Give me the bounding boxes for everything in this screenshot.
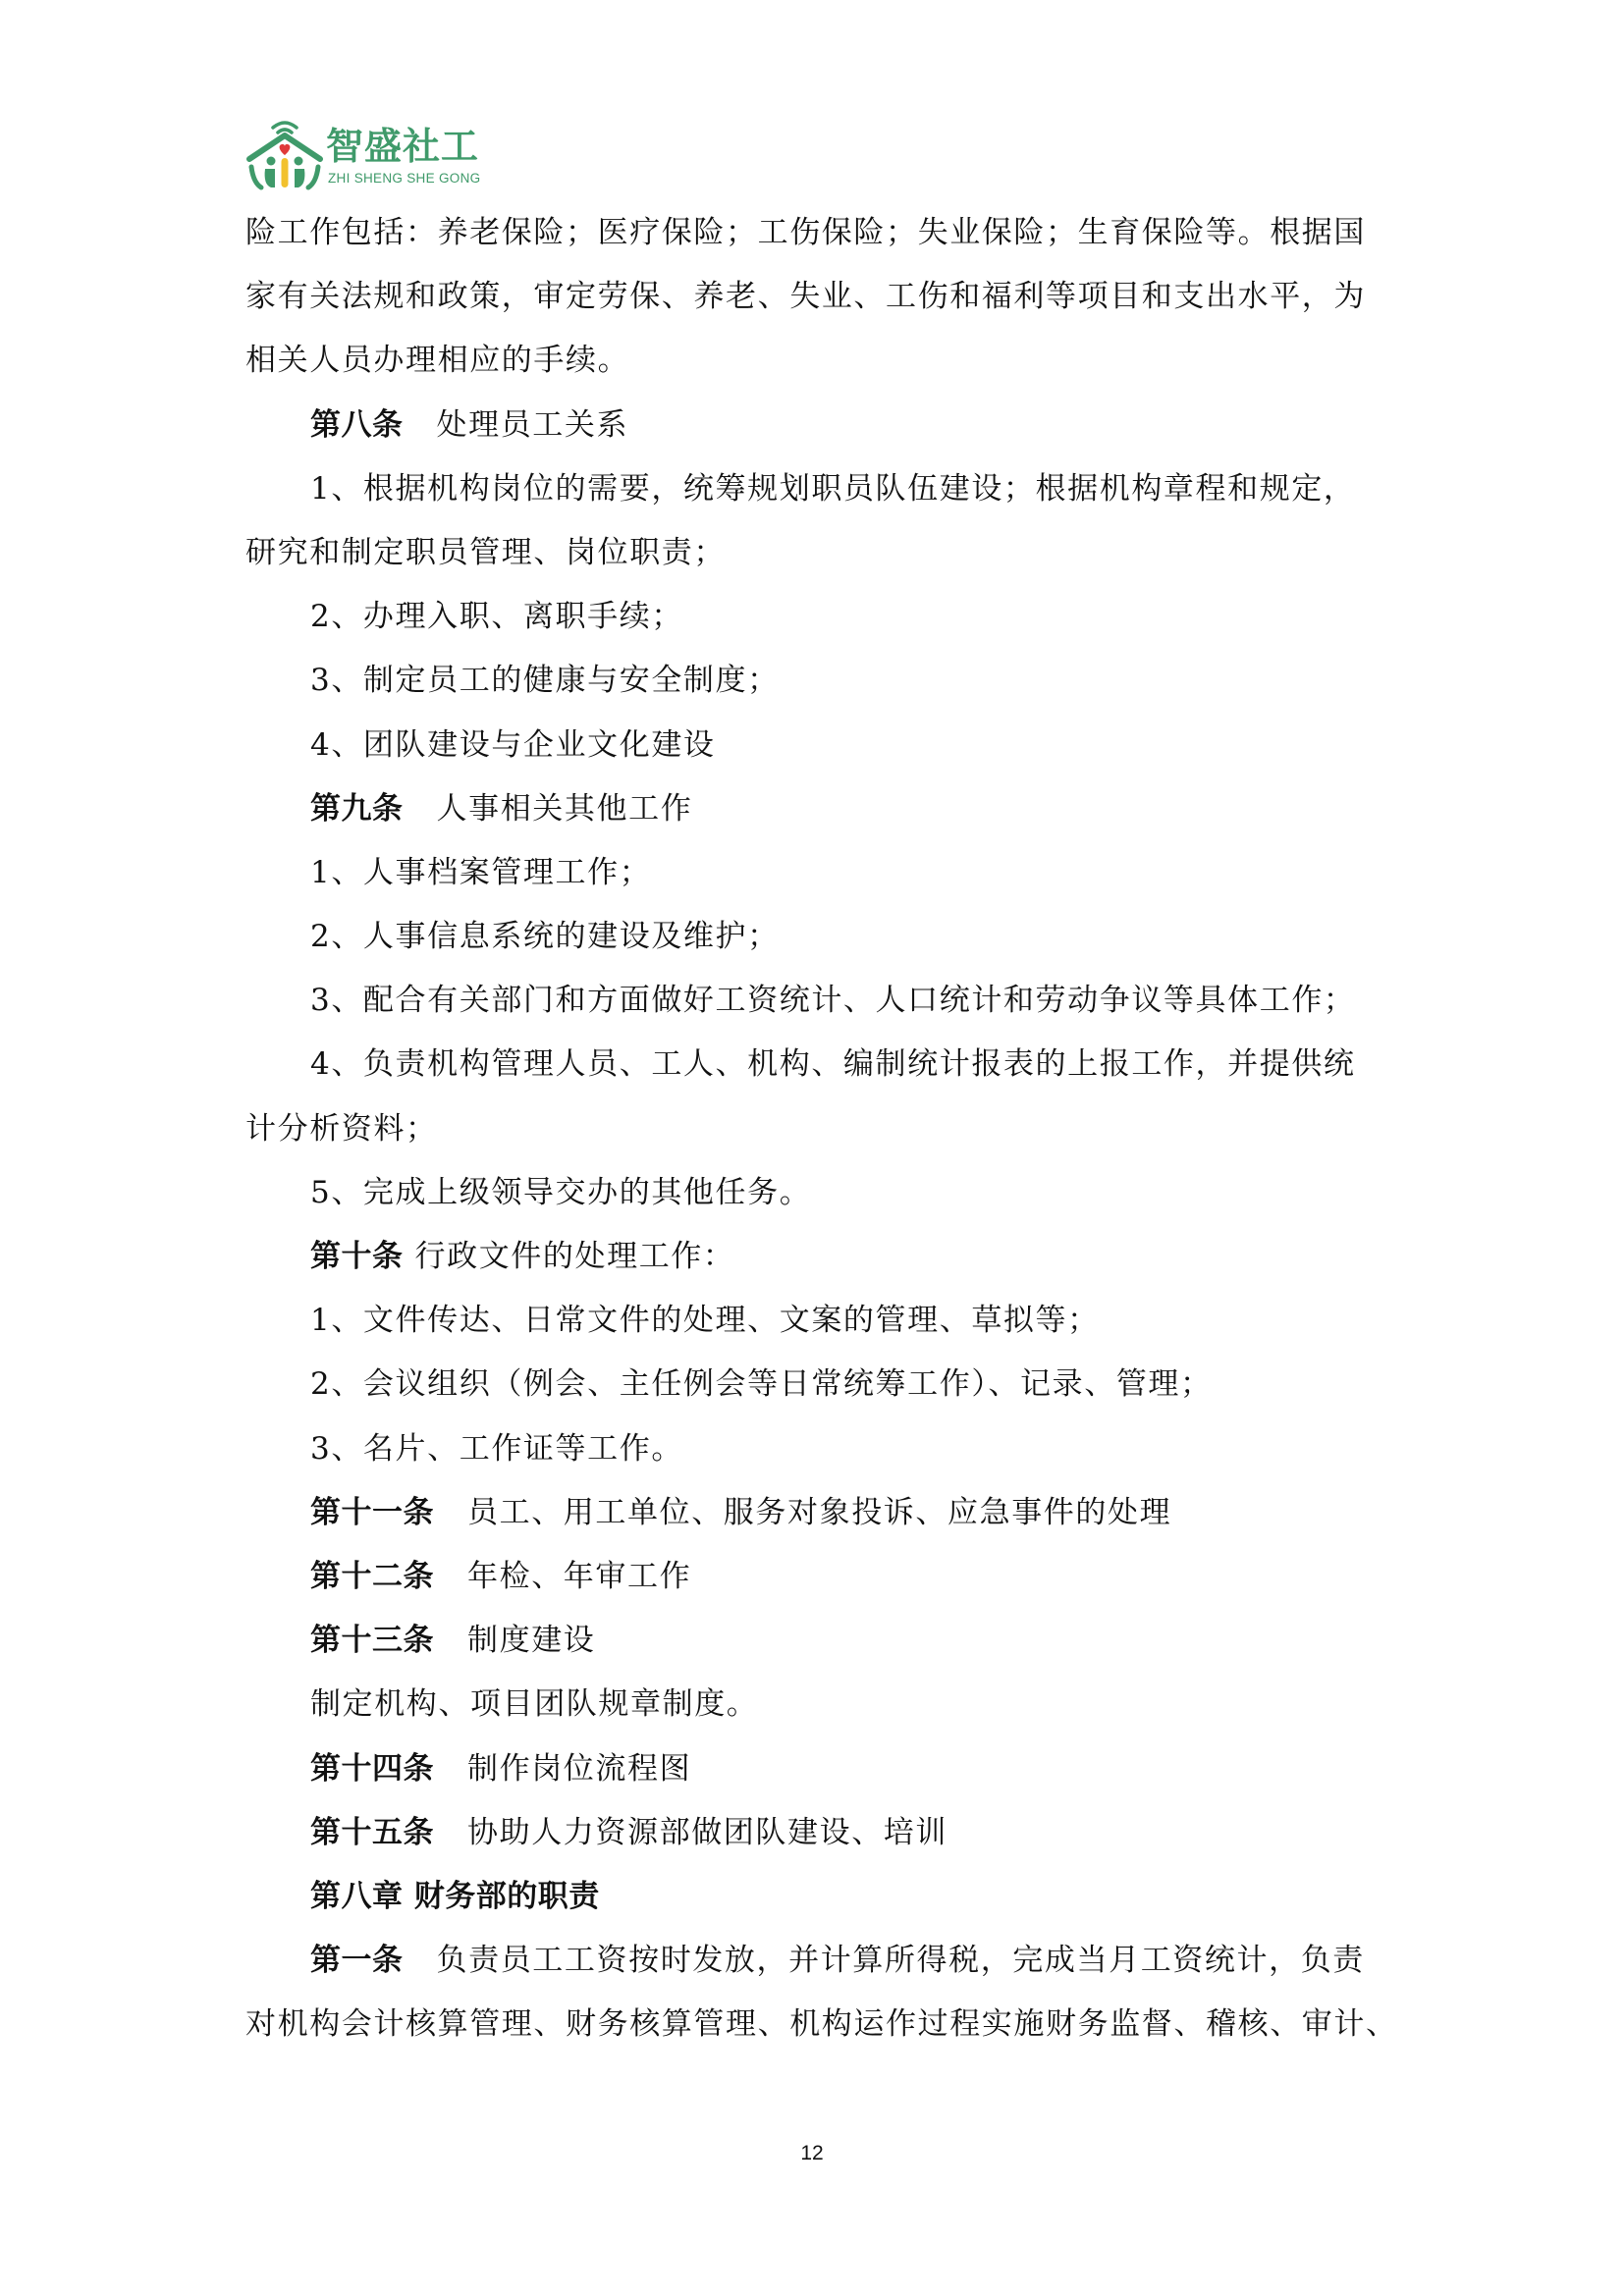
list-item: 4、负责机构管理人员、工人、机构、编制统计报表的上报工作，并提供统: [245, 1033, 1384, 1096]
page-number: 12: [0, 2142, 1624, 2165]
list-item: 2、会议组织（例会、主任例会等日常统筹工作）、记录、管理；: [245, 1353, 1384, 1416]
paragraph-line: 相关人员办理相应的手续。: [245, 329, 1384, 393]
article-label: 第一条: [310, 1943, 404, 1978]
article-title: 负责员工工资按时发放，并计算所得税，完成当月工资统计，负责: [437, 1943, 1365, 1978]
list-item: 5、完成上级领导交办的其他任务。: [245, 1161, 1384, 1225]
house-logo-icon: [245, 116, 324, 192]
list-item: 2、人事信息系统的建设及维护；: [245, 905, 1384, 969]
list-item: 1、人事档案管理工作；: [245, 841, 1384, 905]
article-label: 第十五条: [310, 1815, 434, 1850]
article-heading: 第十二条年检、年审工作: [245, 1545, 1384, 1609]
list-item: 3、配合有关部门和方面做好工资统计、人口统计和劳动争议等具体工作；: [245, 969, 1384, 1033]
article-title: 员工、用工单位、服务对象投诉、应急事件的处理: [467, 1495, 1171, 1530]
logo-english-name: ZHI SHENG SHE GONG: [328, 171, 480, 186]
article-heading: 第八条处理员工关系: [245, 394, 1384, 457]
article-heading: 第一条负责员工工资按时发放，并计算所得税，完成当月工资统计，负责: [245, 1929, 1384, 1993]
list-item: 2、办理入职、离职手续；: [245, 585, 1384, 649]
article-label: 第十四条: [310, 1751, 434, 1787]
article-title: 处理员工关系: [437, 407, 629, 443]
list-item: 制定机构、项目团队规章制度。: [245, 1673, 1384, 1736]
list-item: 4、团队建设与企业文化建设: [245, 714, 1384, 777]
article-heading: 第十三条制度建设: [245, 1609, 1384, 1673]
article-heading: 第十四条制作岗位流程图: [245, 1737, 1384, 1801]
article-title: 行政文件的处理工作：: [415, 1239, 735, 1274]
list-item: 1、根据机构岗位的需要，统筹规划职员队伍建设；根据机构章程和规定，: [245, 457, 1384, 521]
chapter-heading: 第八章 财务部的职责: [245, 1865, 1384, 1929]
document-page: 智盛社工 ZHI SHENG SHE GONG 险工作包括：养老保险；医疗保险；…: [0, 0, 1624, 2296]
paragraph-line: 计分析资料；: [245, 1097, 1384, 1161]
article-title: 人事相关其他工作: [437, 791, 693, 827]
list-item: 1、文件传达、日常文件的处理、文案的管理、草拟等；: [245, 1289, 1384, 1353]
logo-chinese-name: 智盛社工: [326, 126, 479, 167]
list-item: 3、制定员工的健康与安全制度；: [245, 649, 1384, 713]
article-heading: 第十五条协助人力资源部做团队建设、培训: [245, 1801, 1384, 1865]
article-label: 第十一条: [310, 1495, 434, 1530]
article-label: 第十二条: [310, 1559, 434, 1594]
paragraph-line: 对机构会计核算管理、财务核算管理、机构运作过程实施财务监督、稽核、审计、: [245, 1993, 1384, 2056]
paragraph-line: 家有关法规和政策，审定劳保、养老、失业、工伤和福利等项目和支出水平，为: [245, 265, 1384, 329]
article-title: 制作岗位流程图: [467, 1751, 691, 1787]
article-label: 第十三条: [310, 1623, 434, 1658]
document-body: 险工作包括：养老保险；医疗保险；工伤保险；失业保险；生育保险等。根据国 家有关法…: [245, 201, 1384, 2056]
article-title: 协助人力资源部做团队建设、培训: [467, 1815, 947, 1850]
article-label: 第八条: [310, 407, 404, 443]
paragraph-line: 研究和制定职员管理、岗位职责；: [245, 521, 1384, 585]
paragraph-line: 险工作包括：养老保险；医疗保险；工伤保险；失业保险；生育保险等。根据国: [245, 201, 1384, 265]
article-heading: 第十条行政文件的处理工作：: [245, 1225, 1384, 1289]
article-label: 第九条: [310, 791, 404, 827]
list-item: 3、名片、工作证等工作。: [245, 1417, 1384, 1481]
article-title: 制度建设: [467, 1623, 595, 1658]
org-logo: 智盛社工 ZHI SHENG SHE GONG: [245, 116, 481, 192]
article-heading: 第十一条员工、用工单位、服务对象投诉、应急事件的处理: [245, 1481, 1384, 1545]
article-heading: 第九条人事相关其他工作: [245, 777, 1384, 841]
article-label: 第十条: [310, 1239, 404, 1274]
article-title: 年检、年审工作: [467, 1559, 691, 1594]
